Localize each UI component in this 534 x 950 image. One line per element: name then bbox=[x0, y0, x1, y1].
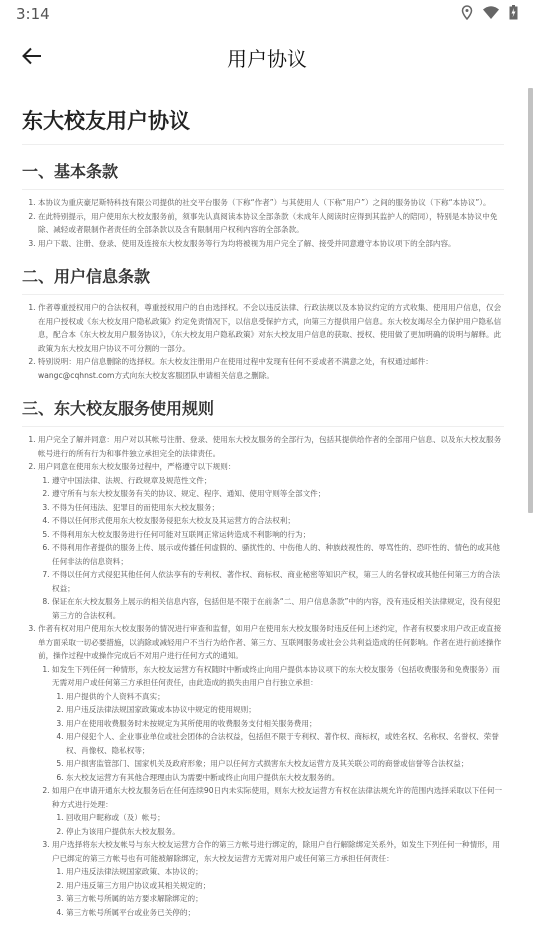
clause-item: 用户在使用收费服务时未按规定为其所使用的收费服务支付相关服务费用； bbox=[66, 717, 504, 731]
agreement-section: 一、基本条款本协议为重庆豪尼斯特科技有限公司提供的社交平台服务（下称“作者”）与… bbox=[22, 161, 504, 250]
clause-text: 用户提供的个人资料不真实； bbox=[66, 692, 165, 701]
clause-item: 不得以任何方式侵犯其他任何人依法享有的专利权、著作权、商标权、商业秘密等知识产权… bbox=[52, 568, 504, 595]
clause-text: 不得利用作者提供的服务上传、展示或传播任何虚假的、骚扰性的、中伤他人的、种族歧视… bbox=[52, 543, 500, 566]
clause-text: 回收用户昵称或（及）帐号； bbox=[66, 813, 165, 822]
clause-item: 作者有权对用户使用东大校友服务的情况进行审查和监督，如用户在使用东大校友服务时违… bbox=[38, 622, 504, 919]
clause-item: 不得为任何违法、犯罪目的而使用东大校友服务； bbox=[52, 501, 504, 515]
section-heading: 二、用户信息条款 bbox=[22, 266, 504, 295]
clause-item: 如发生下列任何一种情形，东大校友运营方有权随时中断或终止向用户提供本协议项下的东… bbox=[52, 663, 504, 785]
clause-item: 用户违反第三方用户协议或其相关规定的； bbox=[66, 879, 504, 893]
clause-text: 东大校友运营方有其他合理理由认为需要中断或终止向用户提供东大校友服务的。 bbox=[66, 773, 339, 782]
clause-item: 用户违反法律法规国家政策、本协议的； bbox=[66, 865, 504, 879]
agreement-content[interactable]: 东大校友用户协议 一、基本条款本协议为重庆豪尼斯特科技有限公司提供的社交平台服务… bbox=[0, 100, 526, 950]
clause-item: 用户同意在使用东大校友服务过程中，严格遵守以下规则：遵守中国法律、法规、行政规章… bbox=[38, 460, 504, 622]
clause-text: 用户违反第三方用户协议或其相关规定的； bbox=[66, 881, 210, 890]
document-title: 东大校友用户协议 bbox=[22, 108, 504, 145]
clause-item: 停止为该用户提供东大校友服务。 bbox=[66, 825, 504, 839]
clause-text: 第三方帐号所属的站方要求解除绑定的； bbox=[66, 894, 203, 903]
clause-item: 保证在东大校友服务上展示的相关信息内容，包括但是不限于在前条“二、用户信息条款”… bbox=[52, 595, 504, 622]
clause-item: 回收用户昵称或（及）帐号； bbox=[66, 811, 504, 825]
clause-text: 用户同意在使用东大校友服务过程中，严格遵守以下规则： bbox=[38, 462, 235, 471]
clause-list: 用户提供的个人资料不真实；用户违反法律法规国家政策或本协议中规定的使用规则；用户… bbox=[52, 690, 504, 785]
clause-text: 如用户在申请开通东大校友服务后在任何连续90日内未实际使用，则东大校友运营方有权… bbox=[52, 786, 502, 809]
clause-item: 不得利用作者提供的服务上传、展示或传播任何虚假的、骚扰性的、中伤他人的、种族歧视… bbox=[52, 541, 504, 568]
clause-item: 遵守所有与东大校友服务有关的协议、规定、程序、通知、使用守则等全部文件； bbox=[52, 487, 504, 501]
clause-item: 用户提供的个人资料不真实； bbox=[66, 690, 504, 704]
app-bar: 用户协议 bbox=[0, 28, 534, 86]
clause-list: 本协议为重庆豪尼斯特科技有限公司提供的社交平台服务（下称“作者”）与其使用人（下… bbox=[22, 196, 504, 250]
back-button[interactable] bbox=[18, 42, 46, 70]
agreement-section: 二、用户信息条款作者尊重授权用户的合法权利，尊重授权用户的自由选择权。不会以违反… bbox=[22, 266, 504, 382]
clause-item: 用户下载、注册、登录、使用及连接东大校友服务等行为均将被视为用户完全了解、接受并… bbox=[38, 237, 504, 251]
clause-item: 用户选择将东大校友帐号与东大校友运营方合作的第三方帐号进行绑定的，除用户自行解除… bbox=[52, 838, 504, 919]
battery-charging-icon bbox=[509, 5, 518, 24]
status-icons bbox=[461, 5, 518, 24]
clause-text: 用户损害监管部门、国家机关及政府形象；用户以任何方式损害东大校友运营方及其关联公… bbox=[66, 759, 468, 768]
location-icon bbox=[461, 5, 473, 24]
clause-text: 用户选择将东大校友帐号与东大校友运营方合作的第三方帐号进行绑定的，除用户自行解除… bbox=[52, 840, 500, 863]
clause-item: 第三方帐号所属的站方要求解除绑定的； bbox=[66, 892, 504, 906]
clause-list: 遵守中国法律、法规、行政规章及规范性文件；遵守所有与东大校友服务有关的协议、规定… bbox=[38, 474, 504, 623]
clause-item: 特别说明：用户信息删除的选择权。东大校友注册用户在使用过程中发现有任何不妥或者不… bbox=[38, 355, 504, 382]
clause-list: 回收用户昵称或（及）帐号；停止为该用户提供东大校友服务。 bbox=[52, 811, 504, 838]
wifi-icon bbox=[483, 5, 499, 23]
clause-item: 东大校友运营方有其他合理理由认为需要中断或终止向用户提供东大校友服务的。 bbox=[66, 771, 504, 785]
page-title: 用户协议 bbox=[0, 43, 534, 72]
clause-item: 如用户在申请开通东大校友服务后在任何连续90日内未实际使用，则东大校友运营方有权… bbox=[52, 784, 504, 838]
clause-item: 遵守中国法律、法规、行政规章及规范性文件； bbox=[52, 474, 504, 488]
clause-item: 用户违反法律法规国家政策或本协议中规定的使用规则； bbox=[66, 703, 504, 717]
clause-list: 用户完全了解并同意：用户对以其帐号注册、登录、使用东大校友服务的全部行为，包括其… bbox=[22, 433, 504, 919]
clause-text: 用户违反法律法规国家政策或本协议中规定的使用规则； bbox=[66, 705, 256, 714]
clause-item: 用户侵犯个人、企业事业单位或社会团体的合法权益，包括但不限于专利权、著作权、商标… bbox=[66, 730, 504, 757]
clause-item: 用户损害监管部门、国家机关及政府形象；用户以任何方式损害东大校友运营方及其关联公… bbox=[66, 757, 504, 771]
clause-text: 用户下载、注册、登录、使用及连接东大校友服务等行为均将被视为用户完全了解、接受并… bbox=[38, 239, 456, 248]
clause-item: 不得利用东大校友服务进行任何可能对互联网正常运转造成不利影响的行为； bbox=[52, 528, 504, 542]
clause-text: 不得利用东大校友服务进行任何可能对互联网正常运转造成不利影响的行为； bbox=[52, 530, 310, 539]
clause-item: 不得以任何形式使用东大校友服务侵犯东大校友及其运营方的合法权利； bbox=[52, 514, 504, 528]
section-heading: 三、东大校友服务使用规则 bbox=[22, 398, 504, 427]
clause-item: 作者尊重授权用户的合法权利，尊重授权用户的自由选择权。不会以违反法律、行政法规以… bbox=[38, 301, 504, 355]
clause-text: 不得以任何形式使用东大校友服务侵犯东大校友及其运营方的合法权利； bbox=[52, 516, 295, 525]
clause-text: 第三方帐号所属平台或业务已关停的； bbox=[66, 908, 195, 917]
clause-item: 本协议为重庆豪尼斯特科技有限公司提供的社交平台服务（下称“作者”）与其使用人（下… bbox=[38, 196, 504, 210]
status-time: 3:14 bbox=[16, 5, 50, 23]
clause-item: 在此特别提示，用户使用东大校友服务前，须事先认真阅读本协议全部条款（未成年人阅读… bbox=[38, 210, 504, 237]
status-bar: 3:14 bbox=[0, 0, 534, 28]
clause-item: 用户完全了解并同意：用户对以其帐号注册、登录、使用东大校友服务的全部行为，包括其… bbox=[38, 433, 504, 460]
clause-list: 用户违反法律法规国家政策、本协议的；用户违反第三方用户协议或其相关规定的；第三方… bbox=[52, 865, 504, 919]
clause-text: 保证在东大校友服务上展示的相关信息内容，包括但是不限于在前条“二、用户信息条款”… bbox=[52, 597, 500, 620]
clause-text: 作者有权对用户使用东大校友服务的情况进行审查和监督，如用户在使用东大校友服务时违… bbox=[38, 624, 501, 660]
clause-text: 在此特别提示，用户使用东大校友服务前，须事先认真阅读本协议全部条款（未成年人阅读… bbox=[38, 212, 497, 235]
scrollbar[interactable] bbox=[528, 88, 533, 513]
clause-text: 停止为该用户提供东大校友服务。 bbox=[66, 827, 180, 836]
clause-text: 本协议为重庆豪尼斯特科技有限公司提供的社交平台服务（下称“作者”）与其使用人（下… bbox=[38, 198, 491, 207]
clause-text: 不得为任何违法、犯罪目的而使用东大校友服务； bbox=[52, 503, 219, 512]
arrow-left-icon bbox=[22, 47, 42, 65]
clause-text: 遵守中国法律、法规、行政规章及规范性文件； bbox=[52, 476, 211, 485]
clause-text: 特别说明：用户信息删除的选择权。东大校友注册用户在使用过程中发现有任何不妥或者不… bbox=[38, 357, 433, 380]
section-heading: 一、基本条款 bbox=[22, 161, 504, 190]
agreement-section: 三、东大校友服务使用规则用户完全了解并同意：用户对以其帐号注册、登录、使用东大校… bbox=[22, 398, 504, 919]
clause-list: 作者尊重授权用户的合法权利，尊重授权用户的自由选择权。不会以违反法律、行政法规以… bbox=[22, 301, 504, 382]
clause-text: 用户完全了解并同意：用户对以其帐号注册、登录、使用东大校友服务的全部行为，包括其… bbox=[38, 435, 501, 458]
clause-text: 遵守所有与东大校友服务有关的协议、规定、程序、通知、使用守则等全部文件； bbox=[52, 489, 325, 498]
clause-list: 如发生下列任何一种情形，东大校友运营方有权随时中断或终止向用户提供本协议项下的东… bbox=[38, 663, 504, 920]
clause-text: 用户违反法律法规国家政策、本协议的； bbox=[66, 867, 203, 876]
clause-text: 不得以任何方式侵犯其他任何人依法享有的专利权、著作权、商标权、商业秘密等知识产权… bbox=[52, 570, 500, 593]
clause-text: 作者尊重授权用户的合法权利，尊重授权用户的自由选择权。不会以违反法律、行政法规以… bbox=[38, 303, 501, 353]
clause-text: 用户在使用收费服务时未按规定为其所使用的收费服务支付相关服务费用； bbox=[66, 719, 317, 728]
clause-text: 用户侵犯个人、企业事业单位或社会团体的合法权益，包括但不限于专利权、著作权、商标… bbox=[66, 732, 499, 755]
clause-text: 如发生下列任何一种情形，东大校友运营方有权随时中断或终止向用户提供本协议项下的东… bbox=[52, 665, 500, 688]
clause-item: 第三方帐号所属平台或业务已关停的； bbox=[66, 906, 504, 920]
